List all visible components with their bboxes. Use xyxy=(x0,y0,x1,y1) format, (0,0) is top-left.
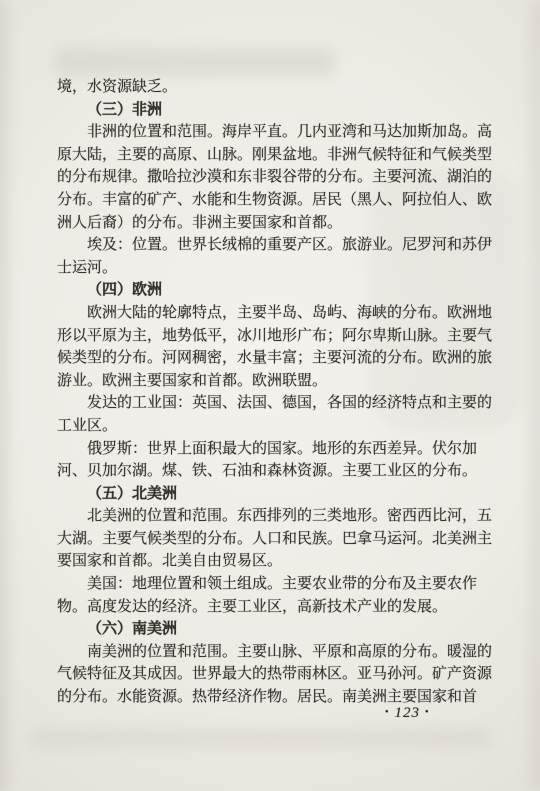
text-line: 分布。丰富的矿产、水能和生物资源。居民（黑人、阿拉伯人、欧 xyxy=(57,189,494,212)
footer-right-dot: • xyxy=(425,707,430,718)
text-line: 要国家和首都。北美自由贸易区。 xyxy=(57,550,494,573)
text-line: 大湖。主要气候类型的分布。人口和民族。巴拿马运河。北美洲主 xyxy=(57,528,494,551)
text-line: 洲人后裔）的分布。非洲主要国家和首都。 xyxy=(57,212,494,235)
text-line: 物。高度发达的经济。主要工业区，高新技术产业的发展。 xyxy=(57,596,494,619)
text-line: 欧洲大陆的轮廓特点，主要半岛、岛屿、海峡的分布。欧洲地 xyxy=(57,302,494,325)
text-line: 埃及：位置。世界长绒棉的重要产区。旅游业。尼罗河和苏伊 xyxy=(57,234,494,257)
text-line: 游业。欧洲主要国家和首都。欧洲联盟。 xyxy=(57,370,494,393)
footer-left-dot: • xyxy=(385,707,390,718)
text-line: 南美洲的位置和范围。主要山脉、平原和高原的分布。暖湿的 xyxy=(57,641,494,664)
text-block: 境，水资源缺乏。（三）非洲非洲的位置和范围。海岸平直。几内亚湾和马达加斯加岛。高… xyxy=(57,76,494,709)
text-line: 士运河。 xyxy=(57,257,494,280)
text-line: 形以平原为主，地势低平，冰川地形广布；阿尔卑斯山脉。主要气 xyxy=(57,325,494,348)
section-heading: （三）非洲 xyxy=(57,99,494,122)
section-heading: （六）南美洲 xyxy=(57,618,494,641)
section-heading: （四）欧洲 xyxy=(57,279,494,302)
page-number-footer: •123• xyxy=(380,705,435,722)
text-line: 俄罗斯：世界上面积最大的国家。地形的东西差异。伏尔加 xyxy=(57,438,494,461)
scan-shadow-bottom xyxy=(30,730,490,746)
page-number: 123 xyxy=(395,705,421,721)
scan-shadow-top xyxy=(55,48,335,76)
scan-edge-left xyxy=(0,0,6,791)
text-line: 河、贝加尔湖。煤、铁、石油和森林资源。主要工业区的分布。 xyxy=(57,460,494,483)
text-line: 工业区。 xyxy=(57,415,494,438)
text-line: 候类型的分布。河网稠密，水量丰富；主要河流的分布。欧洲的旅 xyxy=(57,347,494,370)
text-line: 非洲的位置和范围。海岸平直。几内亚湾和马达加斯加岛。高 xyxy=(57,121,494,144)
text-line: 境，水资源缺乏。 xyxy=(57,76,494,99)
scanned-page: 境，水资源缺乏。（三）非洲非洲的位置和范围。海岸平直。几内亚湾和马达加斯加岛。高… xyxy=(0,0,540,791)
text-line: 原大陆，主要的高原、山脉。刚果盆地。非洲气候特征和气候类型 xyxy=(57,144,494,167)
text-line: 的分布规律。撒哈拉沙漠和东非裂谷带的分布。主要河流、湖泊的 xyxy=(57,166,494,189)
text-line: 发达的工业国：英国、法国、德国，各国的经济特点和主要的 xyxy=(57,392,494,415)
text-line: 气候特征及其成因。世界最大的热带雨林区。亚马孙河。矿产资源 xyxy=(57,663,494,686)
section-heading: （五）北美洲 xyxy=(57,483,494,506)
text-line: 北美洲的位置和范围。东西排列的三类地形。密西西比河，五 xyxy=(57,505,494,528)
scan-edge-right xyxy=(532,0,540,791)
text-line: 美国：地理位置和领土组成。主要农业带的分布及主要农作 xyxy=(57,573,494,596)
